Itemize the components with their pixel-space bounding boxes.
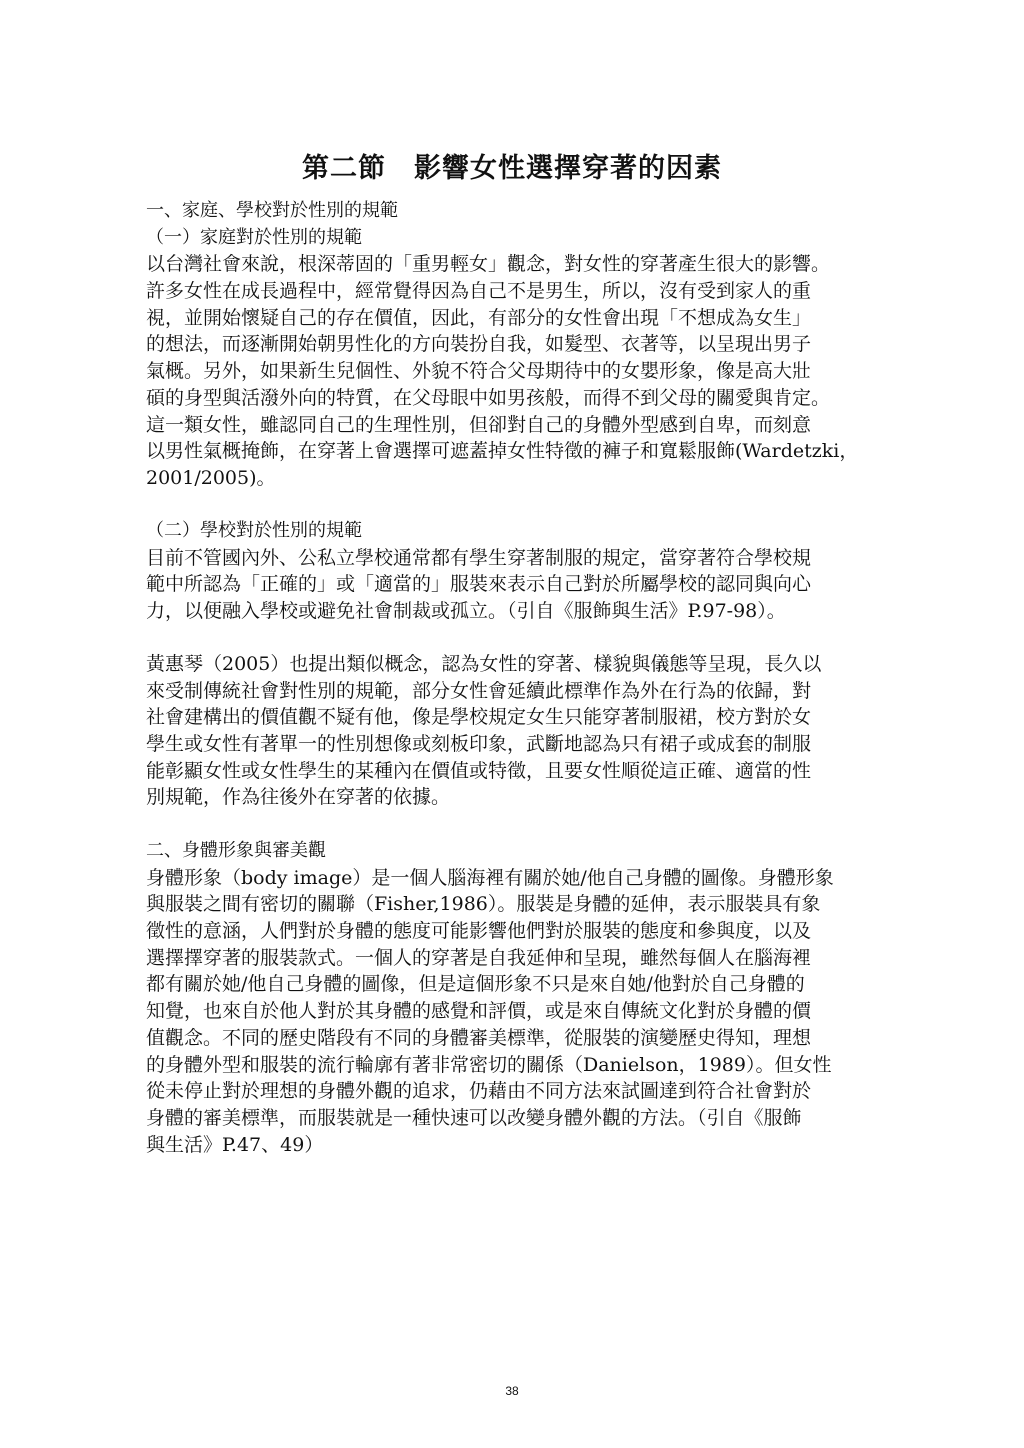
paragraph-line: 別規範，作為往後外在穿著的依據。 — [146, 784, 886, 811]
paragraph-line: 身體形象（body image）是一個人腦海裡有關於她/他自己身體的圖像。身體形… — [146, 865, 886, 892]
paragraph-line: 這一類女性，雖認同自己的生理性別，但卻對自己的身體外型感到自卑，而刻意 — [146, 412, 886, 439]
section-title: 第二節影響女性選擇穿著的因素 — [0, 146, 1024, 185]
paragraph-line: 以男性氣概掩飾，在穿著上會選擇可遮蓋掉女性特徵的褲子和寬鬆服飾(Wardetzk… — [146, 438, 886, 465]
section-heading: 二、身體形象與審美觀 — [146, 838, 886, 865]
paragraph-line: 黃惠琴（2005）也提出類似概念，認為女性的穿著、樣貌與儀態等呈現，長久以 — [146, 651, 886, 678]
paragraph-line: 知覺，也來自於他人對於其身體的感覺和評價，或是來自傳統文化對於身體的價 — [146, 998, 886, 1025]
paragraph-line: 氣概。另外，如果新生兒個性、外貌不符合父母期待中的女嬰形象，像是高大壯 — [146, 358, 886, 385]
subsection-school: （二）學校對於性別的規範 目前不管國內外、公私立學校通常都有學生穿著制服的規定，… — [146, 518, 886, 625]
paragraph-line: 碩的身型與活潑外向的特質，在父母眼中如男孩般，而得不到父母的關愛與肯定。 — [146, 385, 886, 412]
subsection-heading: （一）家庭對於性別的規範 — [146, 225, 886, 252]
paragraph-line: 社會建構出的價值觀不疑有他，像是學校規定女生只能穿著制服裙，校方對於女 — [146, 704, 886, 731]
paragraph-line: 與生活》P.47、49） — [146, 1132, 886, 1159]
paragraph-line: 視，並開始懷疑自己的存在價值，因此，有部分的女性會出現「不想成為女生」 — [146, 305, 886, 332]
paragraph-huang: 黃惠琴（2005）也提出類似概念，認為女性的穿著、樣貌與儀態等呈現，長久以 來受… — [146, 651, 886, 811]
paragraph-line: 許多女性在成長過程中，經常覺得因為自己不是男生，所以，沒有受到家人的重 — [146, 278, 886, 305]
paragraph-line: 2001/2005)。 — [146, 465, 886, 492]
section-title-text: 影響女性選擇穿著的因素 — [414, 153, 722, 184]
paragraph-school: 目前不管國內外、公私立學校通常都有學生穿著制服的規定，當穿著符合學校規 範中所認… — [146, 545, 886, 625]
section-family-school: 一、家庭、學校對於性別的規範 （一）家庭對於性別的規範 以台灣社會來說，根深蒂固… — [146, 198, 886, 492]
paragraph-line: 學生或女性有著單一的性別想像或刻板印象，武斷地認為只有裙子或成套的制服 — [146, 731, 886, 758]
paragraph-line: 以台灣社會來說，根深蒂固的「重男輕女」觀念，對女性的穿著產生很大的影響。 — [146, 251, 886, 278]
paragraph-line: 力，以便融入學校或避免社會制裁或孤立。（引自《服飾與生活》P.97-98）。 — [146, 598, 886, 625]
paragraph-line: 選擇擇穿著的服裝款式。一個人的穿著是自我延伸和呈現，雖然每個人在腦海裡 — [146, 945, 886, 972]
paragraph-line: 來受制傳統社會對性別的規範，部分女性會延續此標準作為外在行為的依歸，對 — [146, 678, 886, 705]
paragraph-line: 與服裝之間有密切的關聯（Fisher,1986）。服裝是身體的延伸，表示服裝具有… — [146, 891, 886, 918]
paragraph-line: 值觀念。不同的歷史階段有不同的身體審美標準，從服裝的演變歷史得知，理想 — [146, 1025, 886, 1052]
paragraph-body-image: 身體形象（body image）是一個人腦海裡有關於她/他自己身體的圖像。身體形… — [146, 865, 886, 1159]
paragraph-line: 從未停止對於理想的身體外觀的追求，仍藉由不同方法來試圖達到符合社會對於 — [146, 1078, 886, 1105]
document-page: 第二節影響女性選擇穿著的因素 一、家庭、學校對於性別的規範 （一）家庭對於性別的… — [0, 0, 1024, 1448]
paragraph-family: 以台灣社會來說，根深蒂固的「重男輕女」觀念，對女性的穿著產生很大的影響。 許多女… — [146, 251, 886, 491]
page-number: 38 — [0, 1384, 1024, 1398]
subsection-heading: （二）學校對於性別的規範 — [146, 518, 886, 545]
paragraph-line: 能彰顯女性或女性學生的某種內在價值或特徵，且要女性順從這正確、適當的性 — [146, 758, 886, 785]
section-number: 第二節 — [302, 153, 386, 184]
paragraph-line: 都有關於她/他自己身體的圖像，但是這個形象不只是來自她/他對於自己身體的 — [146, 971, 886, 998]
paragraph-line: 徵性的意涵，人們對於身體的態度可能影響他們對於服裝的態度和參與度，以及 — [146, 918, 886, 945]
paragraph-line: 身體的審美標準，而服裝就是一種快速可以改變身體外觀的方法。（引自《服飾 — [146, 1105, 886, 1132]
paragraph-line: 的想法，而逐漸開始朝男性化的方向裝扮自我，如髮型、衣著等，以呈現出男子 — [146, 331, 886, 358]
paragraph-line: 目前不管國內外、公私立學校通常都有學生穿著制服的規定，當穿著符合學校規 — [146, 545, 886, 572]
section-heading: 一、家庭、學校對於性別的規範 — [146, 198, 886, 225]
paragraph-line: 範中所認為「正確的」或「適當的」服裝來表示自己對於所屬學校的認同與向心 — [146, 571, 886, 598]
paragraph-line: 的身體外型和服裝的流行輪廓有著非常密切的關係（Danielson，1989）。但… — [146, 1052, 886, 1079]
section-body-image: 二、身體形象與審美觀 身體形象（body image）是一個人腦海裡有關於她/他… — [146, 838, 886, 1158]
